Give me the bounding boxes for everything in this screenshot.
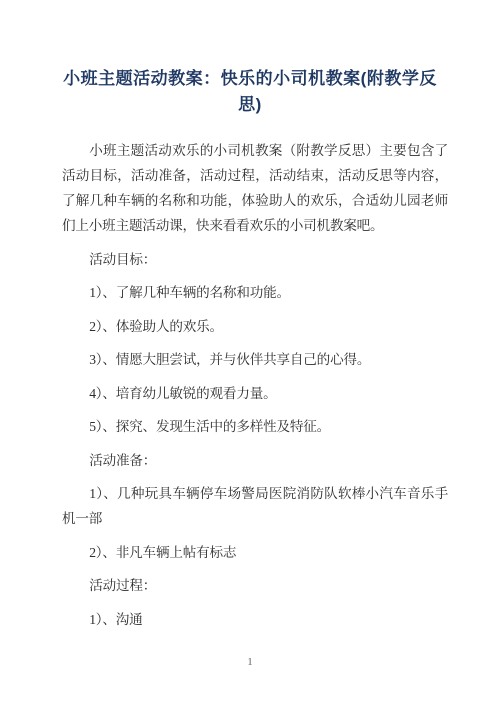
page-number: 1	[0, 655, 500, 669]
goals-list-item-4: 4）、培育幼儿敏锐的观看力量。	[62, 381, 448, 406]
goals-list-item-1: 1）、了解几种车辆的名称和功能。	[62, 280, 448, 305]
goals-list-item-2: 2）、体验助人的欢乐。	[62, 314, 448, 339]
section-heading-preparation: 活动准备：	[62, 448, 448, 473]
preparation-list-item-2: 2）、非凡车辆上帖有标志	[62, 540, 448, 565]
section-heading-process: 活动过程：	[62, 573, 448, 598]
document-title: 小班主题活动教案：快乐的小司机教案(附教学反思)	[62, 66, 438, 118]
document-page: 小班主题活动教案：快乐的小司机教案(附教学反思) 小班主题活动欢乐的小司机教案（…	[0, 0, 500, 707]
goals-list-item-5: 5）、探究、发现生活中的多样性及特征。	[62, 414, 448, 439]
preparation-list-item-1: 1）、几种玩具车辆停车场警局医院消防队软棒小汽车音乐手机一部	[62, 481, 448, 531]
intro-paragraph: 小班主题活动欢乐的小司机教案（附教学反思）主要包含了活动目标，活动准备，活动过程…	[62, 138, 448, 238]
process-list-item-1: 1）、沟通	[62, 607, 448, 632]
goals-list-item-3: 3）、情愿大胆尝试，并与伙伴共享自己的心得。	[62, 347, 448, 372]
section-heading-goals: 活动目标：	[62, 247, 448, 272]
